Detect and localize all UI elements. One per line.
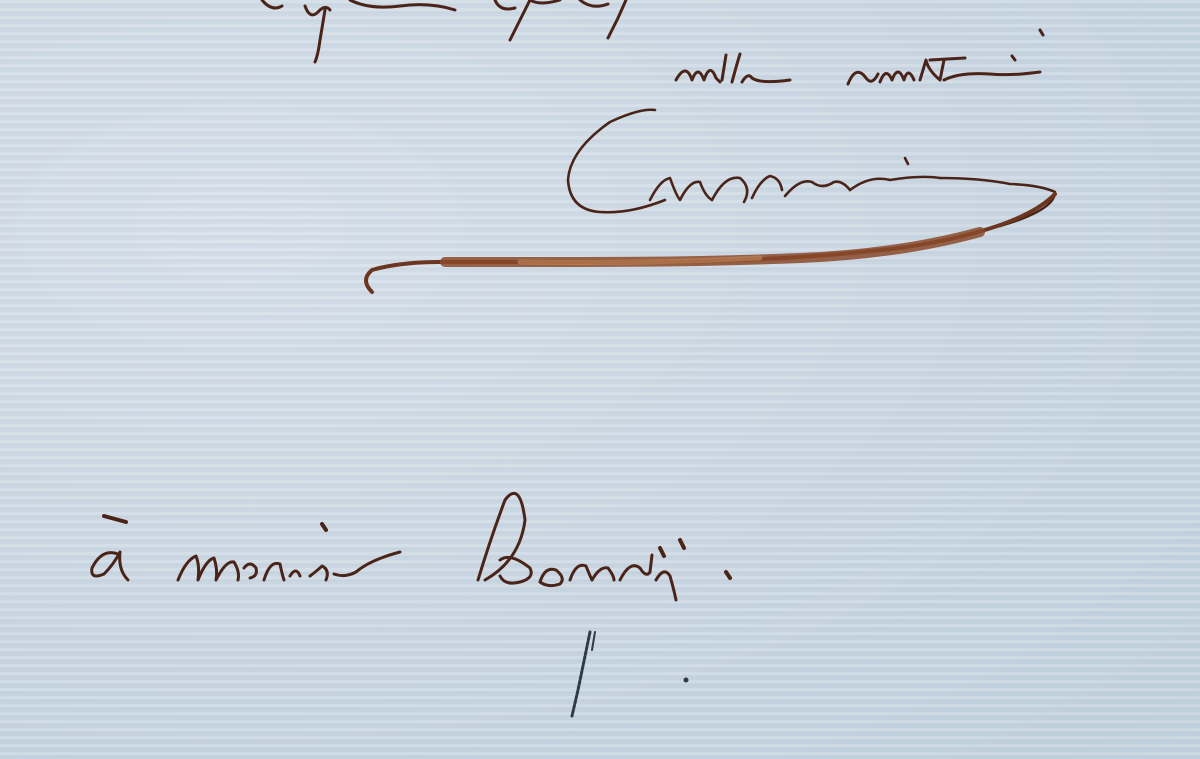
handwriting-layer — [0, 0, 1200, 759]
pencil-marks — [572, 632, 689, 716]
closing-line-strokes — [676, 30, 1043, 84]
signature-flourish — [366, 194, 1055, 292]
signature-strokes — [568, 110, 1055, 226]
address-line-strokes — [92, 493, 730, 600]
top-fragment-strokes — [262, 0, 626, 62]
